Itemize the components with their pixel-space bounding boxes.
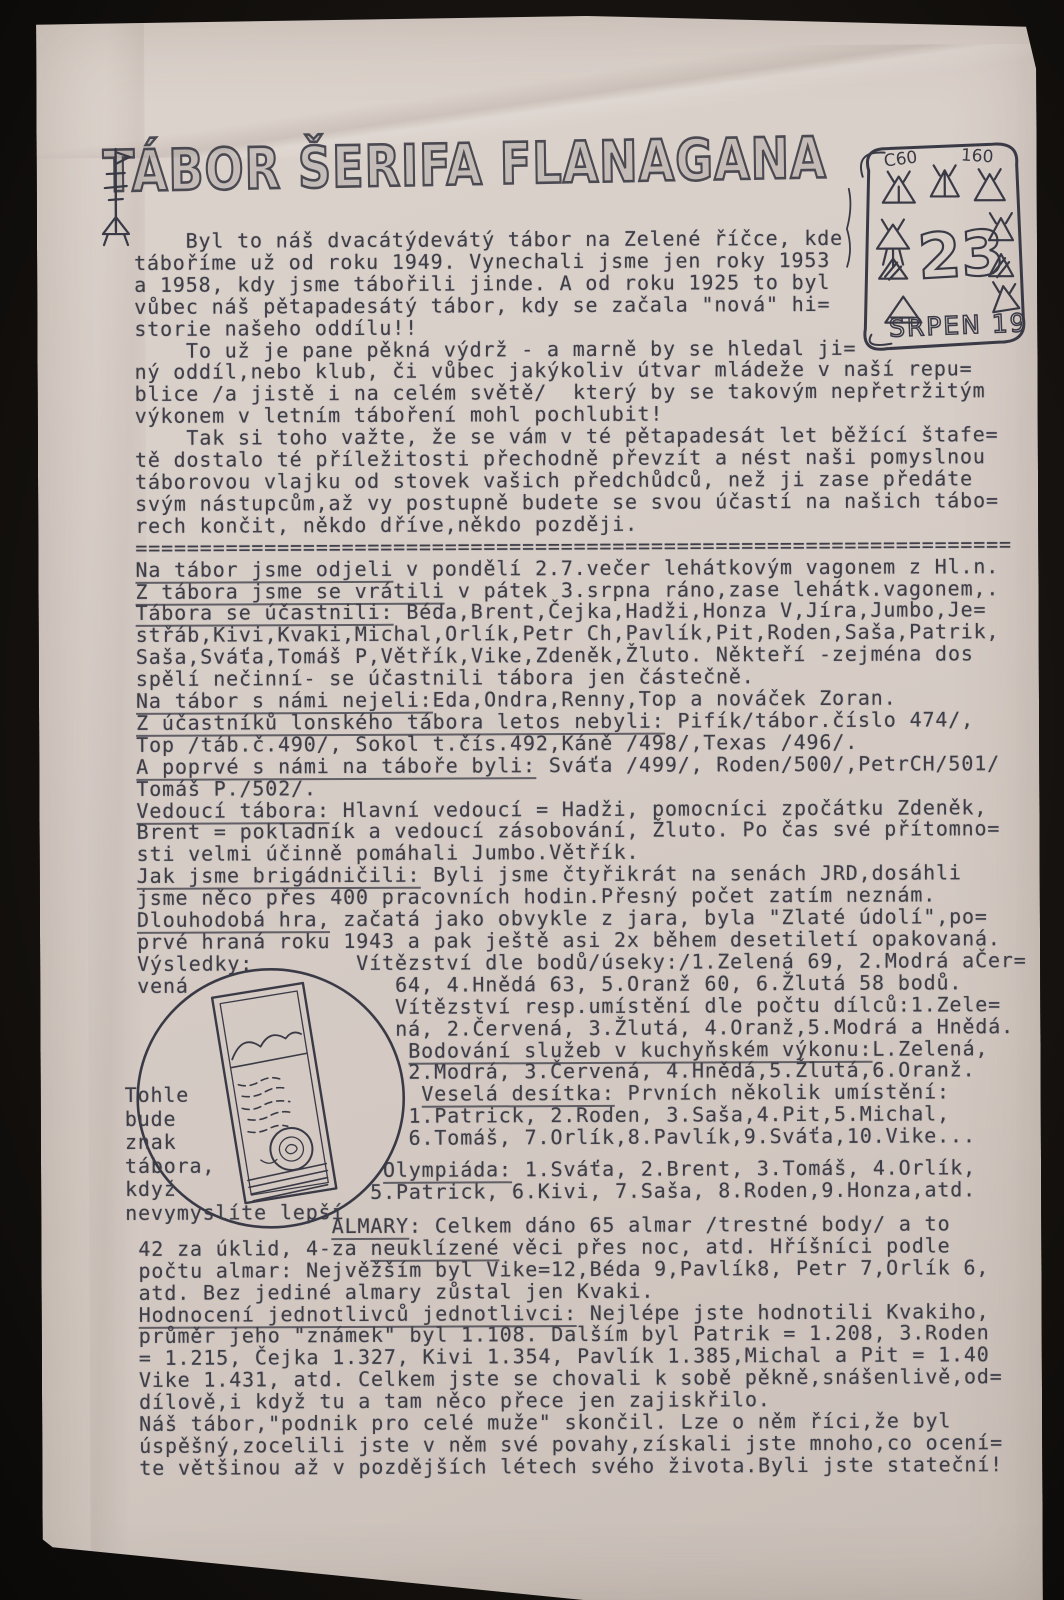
typed-line: A poprvé s námi na táboře byli: Sváťa /4…	[136, 753, 1046, 779]
emblem-caption: Tohle bude znak tábora, když nevymyslíte…	[125, 1083, 345, 1226]
stamp-top-right-label: 160	[960, 145, 994, 167]
typed-line: te většinou až v pozdějších létech svého…	[139, 1454, 1049, 1480]
typed-lines: Byl to náš dvacátýdevátý tábor na Zelené…	[134, 227, 1049, 1480]
photo-stage: TÁBOR ŠERIFA FLANAGANA C60 160 23 SRPEN …	[0, 0, 1064, 1600]
page-title: TÁBOR ŠERIFA FLANAGANA	[103, 123, 884, 205]
stamp-top-left-label: C60	[883, 148, 919, 172]
paper-sheet: TÁBOR ŠERIFA FLANAGANA C60 160 23 SRPEN …	[36, 14, 1043, 1600]
